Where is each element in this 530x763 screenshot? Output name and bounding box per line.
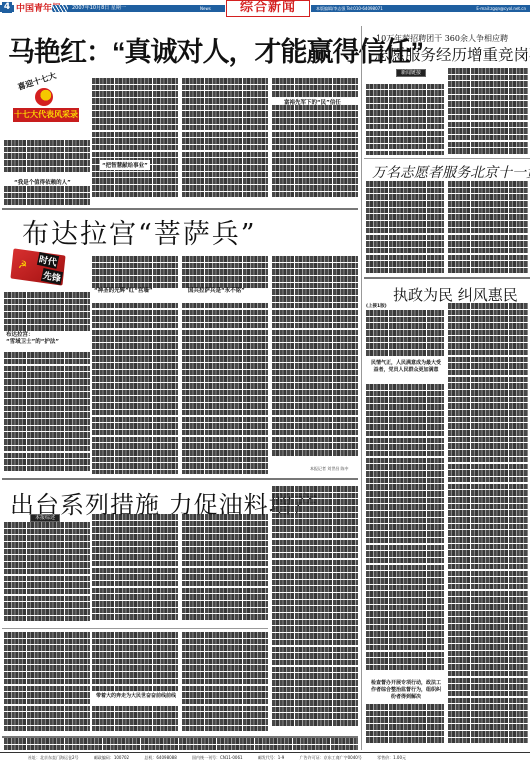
stripes-decoration [52, 5, 68, 12]
potala-text-col1 [4, 292, 90, 474]
lead-subhead-3: 富裕先军下的“民”信任 [284, 98, 341, 106]
footer-address: 社址：北京东直门海运仓2号 [28, 755, 79, 760]
golden-week-text-col2 [448, 181, 528, 273]
news-label: News [200, 5, 211, 12]
oil-text-col1 [4, 522, 90, 622]
divider-oil [2, 628, 268, 629]
potala-headline: 布达拉宫“菩萨兵” [22, 212, 257, 251]
potala-subhead-3: “神圣的光辉”红“宫墙” [94, 286, 152, 294]
governance-subhead-1: 民情气正，人民满意成为最大受益者，党员人民群众更加满意 [370, 360, 442, 374]
divider-lead [2, 208, 358, 210]
governance-tag: (上接1版) [366, 303, 387, 309]
footer-postcode: 邮政编码：100702 [94, 755, 129, 760]
footer-issn: 国内统一刊号：CN11-0061 [192, 755, 243, 760]
potala-text-col4 [272, 256, 358, 464]
section-title: 综合新闻 [226, 0, 310, 17]
governance-headline: 执政为民 纠风惠民 [393, 284, 518, 305]
potala-subhead-4: 国兵拉萨兵是“永不铭” [188, 286, 245, 294]
oil-subhead-2: 带着大的奔走为大民世奋奋前线前线 [96, 692, 176, 699]
potala-subhead-2: “雪域卫士”的“护法” [6, 337, 59, 345]
lead-subhead-1: “我是个值得依赖的人” [14, 178, 71, 186]
governance-subhead-2: 检查督办开展专项行动，政法工作者综合整治监督行为，组织纠纷者得到解决 [370, 680, 442, 701]
divider-right-2 [364, 277, 530, 279]
volunteer-text-col2 [448, 68, 528, 155]
column-divider [361, 26, 362, 750]
footer-postal-code: 邮发代号：1-9 [258, 755, 285, 760]
lead-text-col2 [92, 78, 178, 206]
footer-price: 零售价：1.00元 [377, 755, 406, 760]
footer-phone: 总机：64098088 [144, 755, 176, 760]
footer-ad-license: 广告许可证：京东工商广字0040号 [300, 755, 362, 760]
page-number: 4 [2, 2, 12, 13]
oil-text-col4 [272, 486, 358, 732]
oil-lower-col1 [4, 632, 90, 732]
lead-subhead-2: “把智慧献给事业” [100, 160, 150, 170]
hammer-sickle-icon: ☭ [18, 260, 27, 271]
potala-byline: 本报记者 刘世昌 陈中 [310, 466, 349, 472]
lead-text-col1 [4, 186, 90, 206]
editor-info: 本版编辑/李志强 Tel:010-64098071 [316, 5, 383, 12]
oil-text-col3 [182, 514, 268, 622]
editor-email: E-mail:zgqn@cyol.net.cn [476, 5, 526, 12]
divider-potala [2, 478, 358, 480]
governance-text-col1-bottom [366, 704, 444, 750]
masthead: 4 中国青年报 2007年10月8日 星期一 News 综合新闻 本版编辑/李志… [0, 0, 530, 22]
issue-date: 2007年10月8日 星期一 [72, 5, 126, 12]
divider-right-1 [364, 158, 530, 159]
governance-text-col1-lower [366, 384, 444, 676]
volunteer-tag: 新闻链接 [396, 69, 426, 77]
golden-week-headline: 万名志愿者服务北京十一黄金周 [372, 162, 530, 182]
emblem-banner: 十七大代表风采录 [13, 108, 79, 122]
volunteer-text-col1 [366, 77, 444, 155]
volunteer-headline: 志愿服务经历增重竞岗砝码 [374, 43, 530, 65]
bottom-strip-text [4, 738, 358, 750]
oil-lower-col3 [182, 632, 268, 732]
golden-week-text-col1 [366, 181, 444, 273]
footer: 社址：北京东直门海运仓2号 邮政编码：100702 总机：64098088 国内… [0, 752, 530, 763]
era-pioneer-emblem: ☭ 时代 先锋 [8, 250, 70, 286]
congress-emblem: 喜迎十七大 十七大代表风采录 [13, 76, 79, 136]
lead-intro-text [4, 140, 90, 176]
oil-tag: 本报综述 [30, 514, 60, 522]
governance-text-col1 [366, 310, 444, 358]
governance-text-col2 [448, 303, 528, 750]
oil-lower-col2 [92, 632, 178, 732]
hammer-sickle-icon [35, 88, 53, 106]
lead-text-col3 [182, 78, 268, 206]
oil-text-col2 [92, 514, 178, 622]
